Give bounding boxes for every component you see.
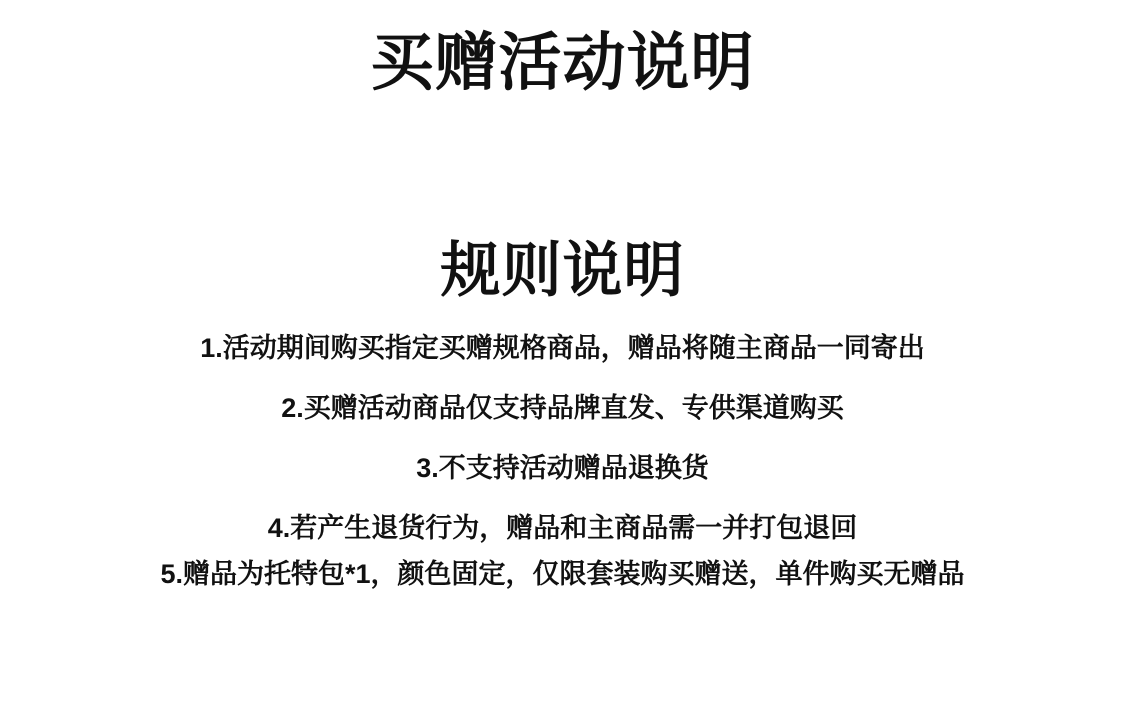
rule-item-3: 3.不支持活动赠品退换货 (0, 450, 1125, 486)
rule-item-2: 2.买赠活动商品仅支持品牌直发、专供渠道购买 (0, 390, 1125, 426)
rule-item-4: 4.若产生退货行为，赠品和主商品需一并打包退回 (0, 510, 1125, 546)
rules-section: 规则说明 1.活动期间购买指定买赠规格商品，赠品将随主商品一同寄出 2.买赠活动… (0, 238, 1125, 592)
page-title: 买赠活动说明 (0, 0, 1125, 98)
rule-item-5: 5.赠品为托特包*1，颜色固定，仅限套装购买赠送，单件购买无赠品 (0, 556, 1125, 592)
section-title: 规则说明 (0, 238, 1125, 304)
promo-info-page: 买赠活动说明 规则说明 1.活动期间购买指定买赠规格商品，赠品将随主商品一同寄出… (0, 0, 1125, 720)
rule-item-1: 1.活动期间购买指定买赠规格商品，赠品将随主商品一同寄出 (0, 330, 1125, 366)
rules-list: 1.活动期间购买指定买赠规格商品，赠品将随主商品一同寄出 2.买赠活动商品仅支持… (0, 330, 1125, 592)
